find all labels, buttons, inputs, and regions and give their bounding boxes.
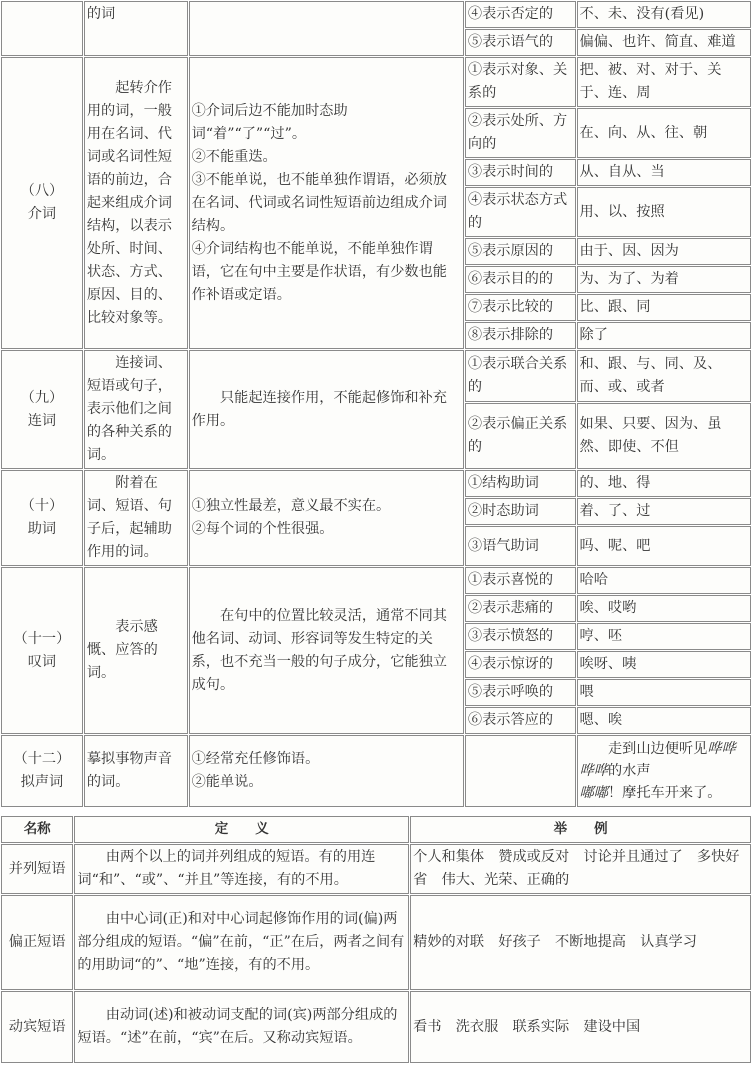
- subtype-label: ①结构助词: [465, 470, 576, 497]
- word-class-features: 在句中的位置比较灵活，通常不同其他名词、动词、形容词等发生特定的关系，也不充当一…: [189, 567, 464, 734]
- word-class-definition: 附着在词、短语、句子后，起辅助作用的词。: [84, 470, 188, 566]
- subtype-label: ⑧表示排除的: [465, 322, 576, 349]
- word-class-definition: 的词: [84, 1, 188, 56]
- example-sentence: 走到山边便听见哗哗哗哗的水声 嘟嘟！摩托车开来了。: [577, 735, 751, 807]
- word-class-definition: 摹拟事物声音的词。: [84, 735, 188, 807]
- subtype-examples: 喂: [577, 679, 751, 706]
- table-row: （十一） 叹词 表示感慨、应答的词。 在句中的位置比较灵活，通常不同其他名词、动…: [1, 567, 751, 594]
- word-class-features: ①独立性最差，意义最不实在。 ②每个词的个性很强。: [189, 470, 464, 566]
- subtype-label: ③表示时间的: [465, 159, 576, 186]
- subtype-label: ③语气助词: [465, 526, 576, 566]
- table-row: （十） 助词 附着在词、短语、句子后，起辅助作用的词。 ①独立性最差，意义最不实…: [1, 470, 751, 497]
- subtype-label: ⑦表示比较的: [465, 294, 576, 321]
- phrase-definition: 由两个以上的词并列组成的短语。有的用连词“和”、“或”、“并且”等连接，有的不用…: [74, 844, 409, 894]
- subtype-examples: 为、为了、为着: [577, 266, 751, 293]
- subtype-label: ①表示对象、关系的: [465, 57, 576, 107]
- subtype-examples: 哼、呸: [577, 623, 751, 650]
- phrase-examples: 个人和集体 赞成或反对 讨论并且通过了 多快好省 伟大、光荣、正确的: [410, 844, 751, 894]
- subtype-examples: 由于、因、因为: [577, 238, 751, 265]
- word-class-name: （十） 助词: [1, 470, 83, 566]
- subtype-label: ④表示惊讶的: [465, 651, 576, 678]
- phrase-name: 偏正短语: [1, 895, 73, 990]
- word-class-features: [189, 1, 464, 56]
- word-class-features: ①经常充任修饰语。 ②能单说。: [189, 735, 464, 807]
- parts-of-speech-table: 的词 ④表示否定的 不、未、没有(看见) ⑤表示语气的 偏偏、也许、简直、难道 …: [0, 0, 752, 808]
- subtype-examples: 唉、哎哟: [577, 595, 751, 622]
- subtype-label: ⑥表示目的的: [465, 266, 576, 293]
- subtype-examples: 偏偏、也许、简直、难道: [577, 29, 751, 56]
- subtype-label: ②时态助词: [465, 498, 576, 525]
- word-class-name: （十二） 拟声词: [1, 735, 83, 807]
- header-name: 名称: [1, 816, 73, 843]
- subtype-examples: 比、跟、同: [577, 294, 751, 321]
- subtype-examples: 用、以、按照: [577, 187, 751, 237]
- subtype-examples: 哈哈: [577, 567, 751, 594]
- subtype-label: ①表示喜悦的: [465, 567, 576, 594]
- subtype-label: ②表示处所、方向的: [465, 108, 576, 158]
- table-header-row: 名称 定 义 举 例: [1, 816, 751, 843]
- subtype-examples: 如果、只要、因为、虽然、即使、不但: [577, 403, 751, 469]
- word-class-definition: 连接词、短语或句子，表示他们之间的各种关系的词。: [84, 350, 188, 469]
- subtype-examples: 的、地、得: [577, 470, 751, 497]
- subtype-label: ⑤表示原因的: [465, 238, 576, 265]
- word-class-name: （九） 连词: [1, 350, 83, 469]
- phrase-examples: 精妙的对联 好孩子 不断地提高 认真学习: [410, 895, 751, 990]
- phrase-definition: 由动词(述)和被动词支配的词(宾)两部分组成的短语。“述”在前，“宾”在后。又称…: [74, 991, 409, 1063]
- word-class-name: [1, 1, 83, 56]
- table-row: 并列短语 由两个以上的词并列组成的短语。有的用连词“和”、“或”、“并且”等连接…: [1, 844, 751, 894]
- word-class-name: （十一） 叹词: [1, 567, 83, 734]
- word-class-name: （八） 介词: [1, 57, 83, 349]
- subtype-examples: 在、向、从、往、朝: [577, 108, 751, 158]
- subtype-label: ⑤表示呼唤的: [465, 679, 576, 706]
- subtype-label: ②表示偏正关系的: [465, 403, 576, 469]
- table-row: （九） 连词 连接词、短语或句子，表示他们之间的各种关系的词。 只能起连接作用，…: [1, 350, 751, 402]
- subtype-label: ⑥表示答应的: [465, 707, 576, 734]
- word-class-features: ①介词后边不能加时态助词“着”“了”“过”。 ②不能重迭。 ③不能单说，也不能单…: [189, 57, 464, 349]
- subtype-examples: 从、自从、当: [577, 159, 751, 186]
- subtype-label: ③表示愤怒的: [465, 623, 576, 650]
- table-row: 动宾短语 由动词(述)和被动词支配的词(宾)两部分组成的短语。“述”在前，“宾”…: [1, 991, 751, 1063]
- word-class-definition: 起转介作用的词，一般用在名词、代词或名词性短语的前边，合起来组成介词结构，以表示…: [84, 57, 188, 349]
- subtype-label: ④表示状态方式的: [465, 187, 576, 237]
- header-definition: 定 义: [74, 816, 409, 843]
- word-class-definition: 表示感慨、应答的词。: [84, 567, 188, 734]
- subtype-examples: 除了: [577, 322, 751, 349]
- subtype-label: ②表示悲痛的: [465, 595, 576, 622]
- subtype-examples: 唉呀、咦: [577, 651, 751, 678]
- subtype-examples: 不、未、没有(看见): [577, 1, 751, 28]
- word-class-features: 只能起连接作用，不能起修饰和补充作用。: [189, 350, 464, 469]
- subtype-label: ④表示否定的: [465, 1, 576, 28]
- subtype-examples: 着、了、过: [577, 498, 751, 525]
- table-row: （十二） 拟声词 摹拟事物声音的词。 ①经常充任修饰语。 ②能单说。 走到山边便…: [1, 735, 751, 807]
- subtype-label: ①表示联合关系的: [465, 350, 576, 402]
- subtype-label: [465, 735, 576, 807]
- phrase-definition: 由中心词(正)和对中心词起修饰作用的词(偏)两部分组成的短语。“偏”在前，“正”…: [74, 895, 409, 990]
- subtype-examples: 嗯、唉: [577, 707, 751, 734]
- phrase-types-table: 名称 定 义 举 例 并列短语 由两个以上的词并列组成的短语。有的用连词“和”、…: [0, 815, 752, 1064]
- header-examples: 举 例: [410, 816, 751, 843]
- phrase-name: 并列短语: [1, 844, 73, 894]
- table-row: 的词 ④表示否定的 不、未、没有(看见): [1, 1, 751, 28]
- table-row: （八） 介词 起转介作用的词，一般用在名词、代词或名词性短语的前边，合起来组成介…: [1, 57, 751, 107]
- subtype-label: ⑤表示语气的: [465, 29, 576, 56]
- table-row: 偏正短语 由中心词(正)和对中心词起修饰作用的词(偏)两部分组成的短语。“偏”在…: [1, 895, 751, 990]
- phrase-examples: 看书 洗衣服 联系实际 建设中国: [410, 991, 751, 1063]
- subtype-examples: 和、跟、与、同、及、而、或、或者: [577, 350, 751, 402]
- subtype-examples: 把、被、对、对于、关于、连、周: [577, 57, 751, 107]
- phrase-name: 动宾短语: [1, 991, 73, 1063]
- subtype-examples: 吗、呢、吧: [577, 526, 751, 566]
